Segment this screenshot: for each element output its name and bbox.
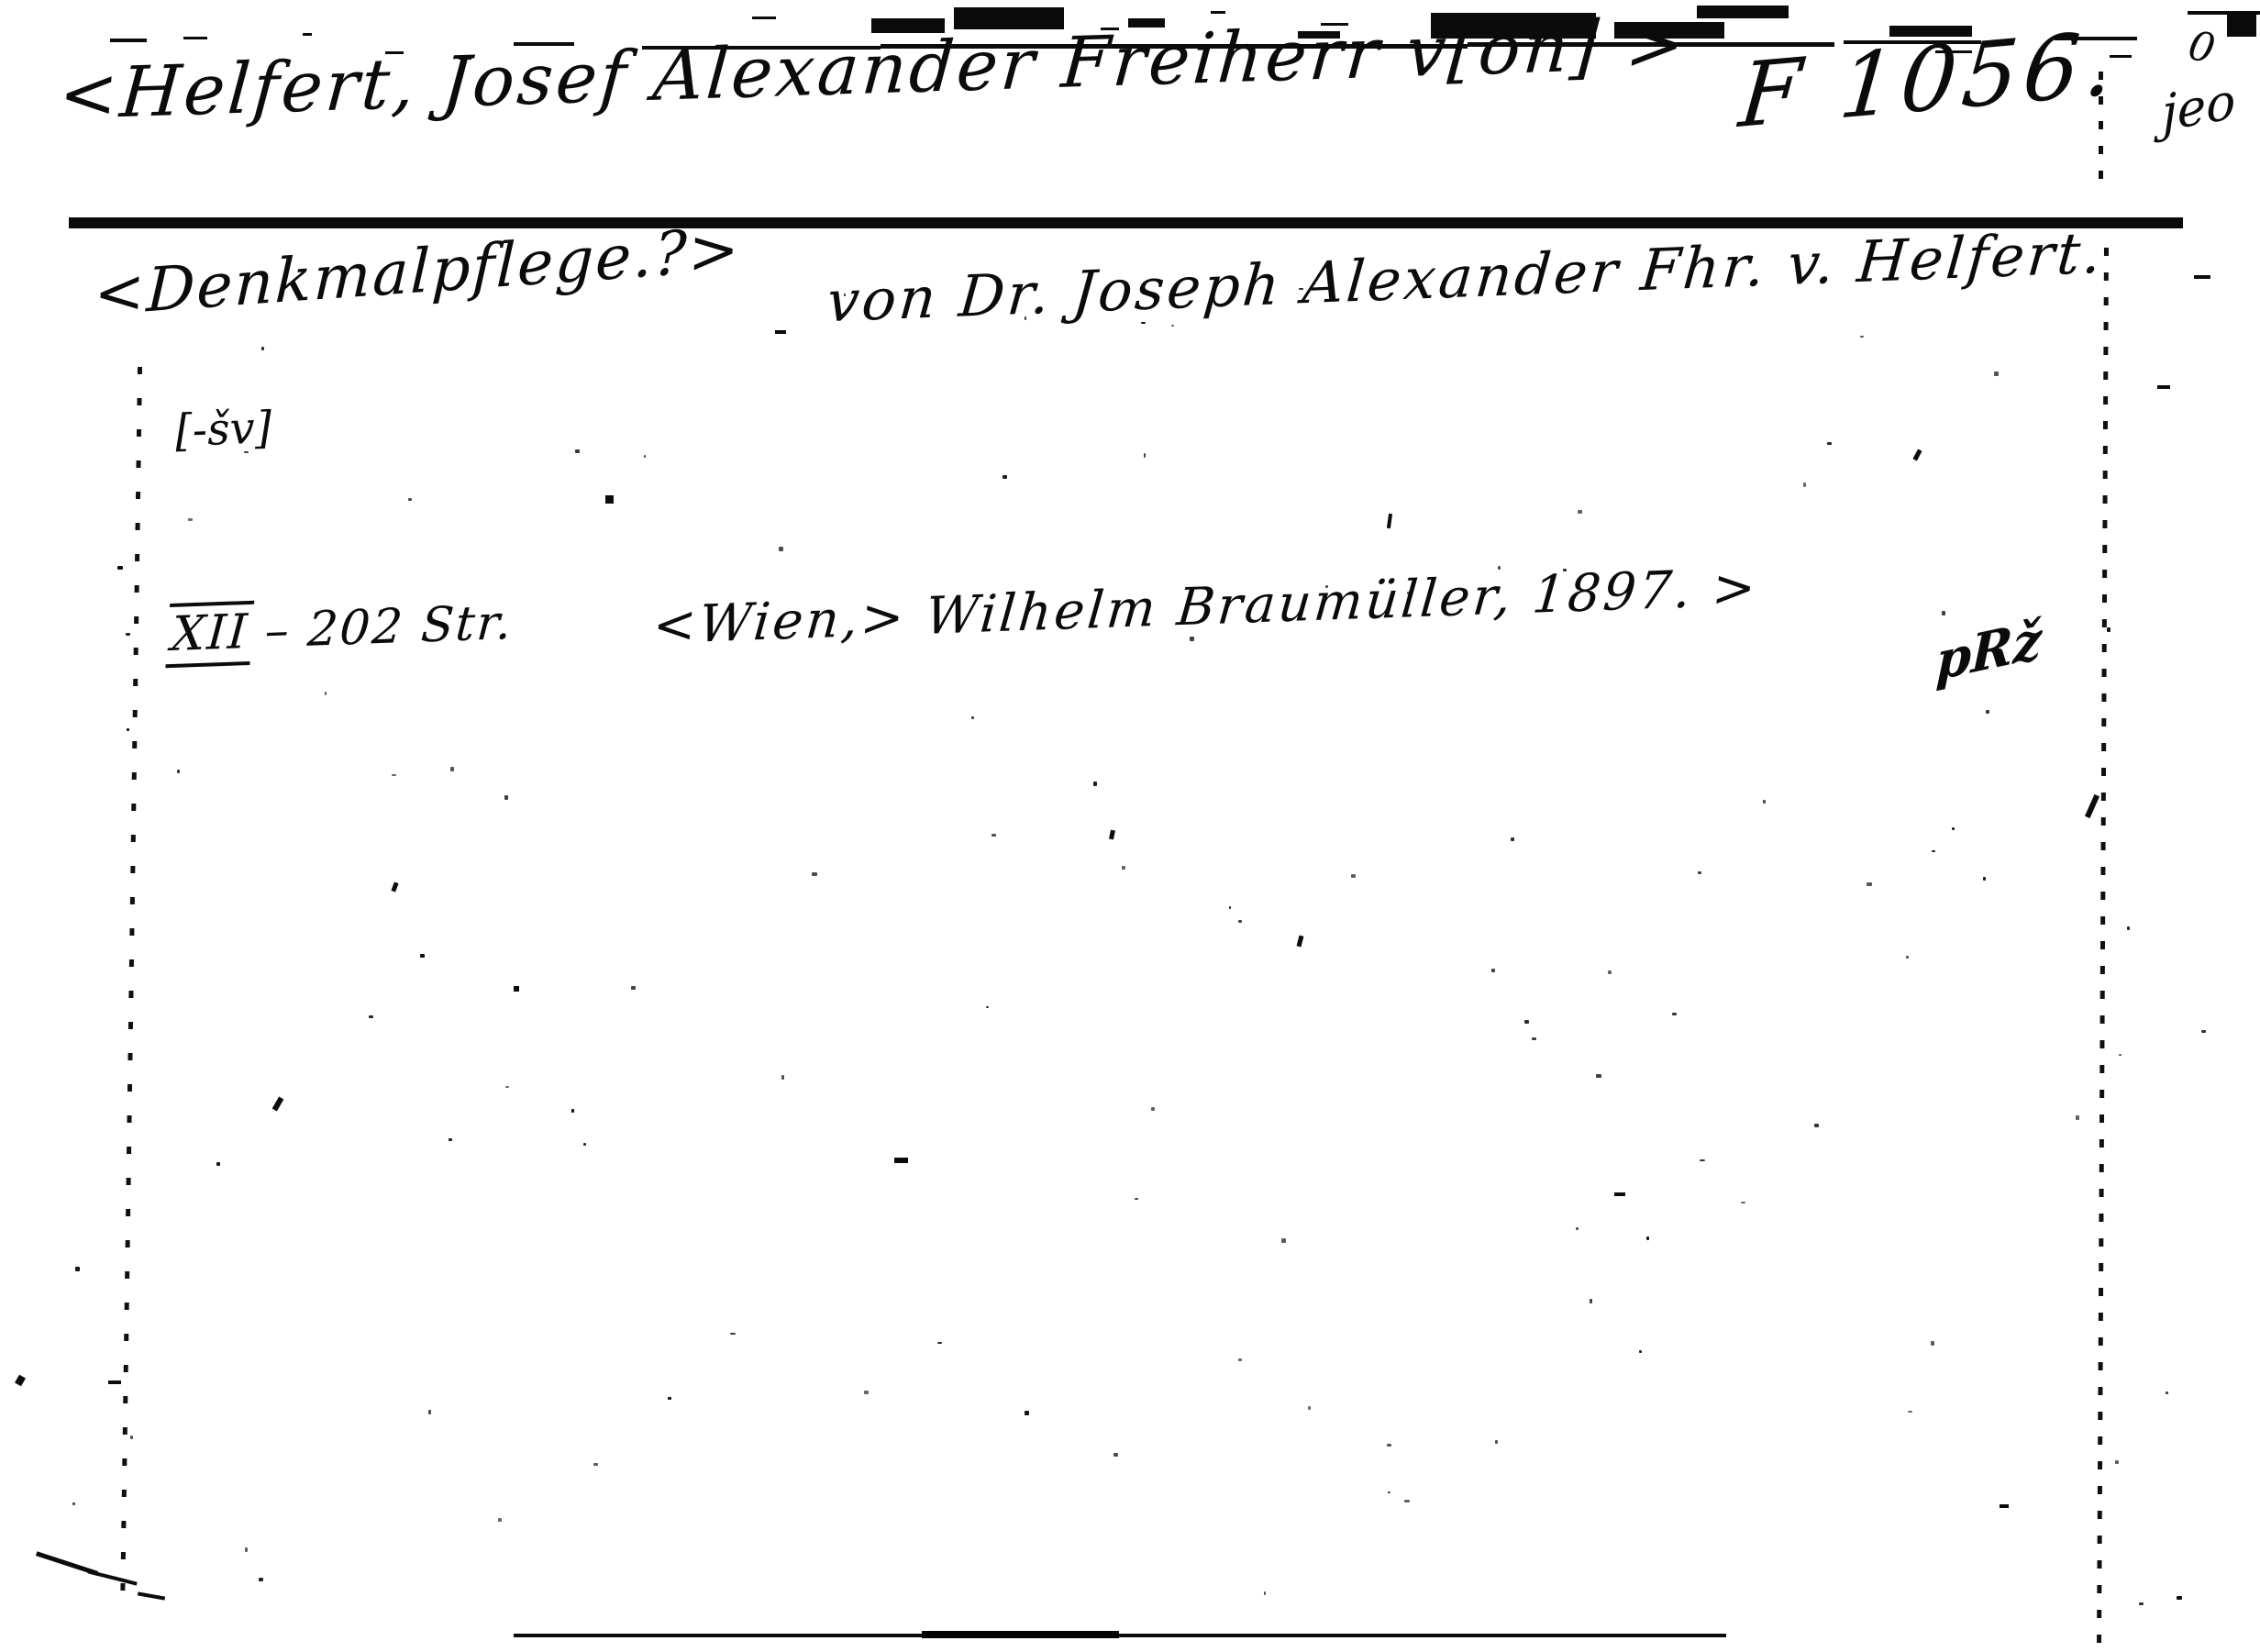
scan-speck	[1281, 1238, 1286, 1242]
statement-of-responsibility: von Dr. Joseph Alexander Fhr. v. Helfert…	[825, 219, 2107, 336]
scan-speck	[1639, 1350, 1643, 1353]
scan-speck	[1025, 1411, 1029, 1415]
scan-speck	[188, 518, 193, 522]
scan-speck	[1498, 566, 1501, 570]
scan-speck	[449, 1138, 452, 1141]
scan-speck	[1578, 510, 1581, 514]
right-dotted-guide	[2097, 248, 2109, 1647]
bottom-rule-dark-segment	[922, 1631, 1119, 1638]
scan-speck	[1141, 322, 1146, 324]
scan-speck	[1144, 453, 1146, 457]
scan-speck	[1983, 877, 1986, 881]
scan-speck	[127, 728, 129, 731]
collation-roman-numeral: XII	[165, 601, 254, 668]
scan-speck	[1700, 1159, 1704, 1161]
scan-speck	[261, 347, 264, 350]
collation-rest: – 202 Str.	[263, 595, 515, 660]
scan-speck	[2119, 1054, 2122, 1056]
scan-speck	[1576, 1227, 1579, 1230]
scan-speck	[498, 1518, 502, 1522]
scan-speck	[1171, 325, 1174, 327]
top-noise-line	[1468, 42, 1834, 47]
top-noise-blob	[1128, 18, 1165, 28]
scan-speck	[2107, 627, 2110, 632]
scan-fleck	[2194, 275, 2210, 279]
top-noise-line	[2055, 37, 2137, 40]
scan-fleck	[894, 1158, 908, 1163]
collation: XII– 202 Str.	[166, 595, 515, 662]
scan-speck	[72, 1502, 74, 1506]
scan-speck	[1387, 1444, 1391, 1446]
scan-speck	[812, 872, 817, 876]
scan-speck	[1741, 1202, 1746, 1203]
scan-speck	[75, 1267, 80, 1271]
right-dotted-guide-top	[2099, 72, 2103, 193]
top-noise-blob	[1697, 6, 1789, 18]
scan-speck	[504, 795, 508, 800]
top-noise-line	[183, 37, 207, 39]
top-noise-line	[459, 57, 471, 60]
scan-speck	[992, 834, 996, 837]
scan-speck	[1151, 1107, 1155, 1111]
scan-speck	[1867, 882, 1872, 886]
catalog-card: <Helfert, Josef Alexander Freiherr v[on]…	[0, 0, 2260, 1652]
scan-speck	[2166, 1391, 2168, 1394]
scan-speck	[1388, 1491, 1391, 1493]
scan-speck	[571, 1109, 574, 1113]
scan-speck	[1299, 288, 1303, 290]
scan-speck	[1672, 1013, 1677, 1016]
scan-fleck	[1912, 449, 1922, 461]
scan-speck	[864, 1391, 869, 1394]
top-noise-line	[752, 17, 776, 19]
scan-speck	[1860, 336, 1864, 338]
scan-speck	[575, 449, 580, 453]
stray-stroke	[108, 1380, 121, 1384]
scan-speck	[1491, 969, 1495, 971]
scan-speck	[1093, 782, 1098, 786]
scan-speck	[130, 1436, 133, 1438]
scan-speck	[1906, 956, 1909, 959]
top-noise-line	[642, 46, 881, 50]
stray-stroke	[15, 1375, 26, 1387]
scan-speck	[1532, 1037, 1536, 1040]
top-noise-blob	[2227, 15, 2256, 37]
scan-speck	[631, 986, 635, 990]
scan-speck	[126, 633, 130, 636]
scan-fleck	[2085, 794, 2099, 818]
scan-speck	[1908, 1411, 1912, 1413]
scan-fleck	[775, 330, 786, 334]
scan-speck	[937, 1342, 942, 1344]
scan-speck	[1942, 611, 1945, 615]
scan-speck	[2127, 926, 2130, 930]
scan-speck	[583, 1143, 586, 1146]
top-noise-line	[1844, 40, 1981, 44]
top-noise-line	[2110, 55, 2132, 58]
scan-fleck	[1387, 514, 1392, 528]
scan-speck	[1608, 970, 1612, 974]
corner-mark: 0	[2184, 22, 2219, 73]
scan-speck	[1563, 569, 1567, 571]
top-noise-blob	[1889, 26, 1972, 37]
scan-speck	[2076, 1115, 2078, 1120]
scan-speck	[2201, 1030, 2207, 1033]
scan-speck	[730, 1333, 736, 1335]
top-noise-line	[1101, 28, 1119, 30]
scan-fleck	[1614, 1192, 1625, 1196]
scan-fleck	[1297, 936, 1304, 948]
top-noise-line	[303, 33, 312, 36]
top-noise-blob	[1614, 22, 1724, 39]
scan-speck	[1238, 1358, 1242, 1361]
scan-fleck	[1109, 830, 1115, 840]
scan-speck	[779, 547, 783, 551]
bottom-rule	[514, 1634, 1726, 1637]
scan-speck	[1404, 1500, 1410, 1502]
scan-speck	[1122, 866, 1125, 870]
scan-speck	[216, 1162, 221, 1166]
scan-speck	[986, 1006, 989, 1008]
scan-speck	[2115, 1460, 2119, 1464]
scan-speck	[392, 774, 396, 776]
scan-speck	[1698, 871, 1701, 874]
scan-speck	[1763, 800, 1766, 804]
scan-speck	[971, 716, 974, 718]
top-noise-blob	[1431, 13, 1596, 39]
top-noise-blob	[1298, 31, 1340, 39]
left-dotted-guide	[120, 367, 142, 1596]
scan-speck	[1931, 1341, 1934, 1346]
scan-fleck	[2000, 1504, 2009, 1508]
scan-speck	[1190, 637, 1193, 641]
scan-speck	[1596, 1074, 1601, 1078]
scan-speck	[668, 1397, 671, 1400]
scan-speck	[1827, 442, 1833, 445]
top-noise-line	[881, 44, 1468, 49]
top-noise-line	[1211, 11, 1225, 14]
scan-fleck	[391, 881, 398, 892]
scan-fleck	[514, 986, 519, 992]
scan-speck	[1135, 1198, 1138, 1200]
scan-speck	[1646, 1236, 1649, 1241]
top-noise-line	[110, 39, 147, 42]
scan-speck	[1511, 837, 1514, 841]
scan-speck	[1803, 482, 1805, 487]
scan-speck	[420, 954, 425, 958]
title: <Denkmalpflege.?>	[93, 214, 742, 330]
top-noise-line	[1935, 50, 1972, 53]
scan-speck	[1495, 1440, 1499, 1445]
scan-speck	[2177, 1596, 2182, 1600]
cataloguer-initials: pRž	[1935, 609, 2043, 693]
scan-fleck	[272, 1097, 284, 1112]
stray-stroke	[138, 1591, 165, 1600]
scan-speck	[1814, 1124, 1819, 1128]
scan-speck	[1351, 874, 1356, 878]
corner-initials: jeo	[2161, 72, 2236, 143]
heading-rule	[69, 217, 2183, 228]
scan-speck	[408, 498, 412, 501]
scan-fleck	[605, 495, 614, 504]
scan-speck	[1003, 475, 1007, 479]
scan-speck	[1590, 1299, 1592, 1303]
scan-speck	[259, 1578, 263, 1581]
size-note: [-šv]	[174, 402, 272, 457]
scan-fleck	[2157, 385, 2170, 389]
top-noise-line	[514, 42, 574, 46]
scan-speck	[245, 1547, 249, 1552]
scan-speck	[1986, 710, 1989, 714]
scan-speck	[294, 287, 297, 290]
scan-speck	[325, 692, 327, 695]
scan-speck	[1113, 1453, 1118, 1457]
scan-speck	[177, 770, 180, 773]
stray-stroke	[87, 1569, 137, 1585]
scan-speck	[450, 767, 455, 771]
scan-speck	[1238, 920, 1242, 923]
scan-speck	[1264, 1591, 1266, 1594]
scan-speck	[505, 1086, 509, 1089]
scan-speck	[117, 566, 123, 570]
scan-speck	[1994, 371, 1999, 376]
scan-speck	[1407, 592, 1411, 594]
scan-speck	[1932, 850, 1935, 852]
scan-speck	[1952, 827, 1955, 831]
scan-speck	[2139, 1602, 2144, 1605]
top-noise-line	[1321, 23, 1348, 26]
scan-speck	[781, 1075, 784, 1079]
top-noise-blob	[954, 7, 1064, 29]
scan-speck	[1229, 906, 1231, 909]
scan-speck	[369, 1015, 373, 1018]
scan-speck	[1524, 1020, 1528, 1025]
imprint: <Wien,> Wilhelm Braumüller, 1897. >	[650, 558, 1760, 656]
scan-speck	[593, 1463, 598, 1466]
top-noise-blob	[871, 18, 945, 33]
scan-speck	[1308, 1406, 1311, 1410]
top-noise-line	[385, 51, 404, 54]
scan-speck	[644, 455, 646, 458]
scan-speck	[428, 1410, 432, 1414]
